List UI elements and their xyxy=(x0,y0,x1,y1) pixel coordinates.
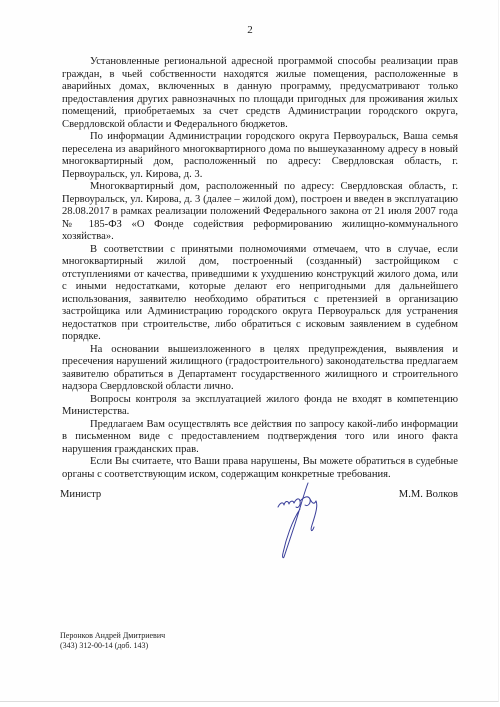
executor-name: Перонков Андрей Дмитриевич xyxy=(60,631,165,641)
executor-phone: (343) 312-00-14 (доб. 143) xyxy=(60,641,165,651)
paragraph-resettlement-info: По информации Администрации городского о… xyxy=(62,131,458,181)
paragraph-housing-inspection: На основании вышеизложенного в целях пре… xyxy=(62,344,458,394)
letter-body: Установленные региональной адресной прог… xyxy=(62,56,458,481)
signatory-title: Министр xyxy=(60,489,101,501)
paragraph-court-appeal: Если Вы считаете, что Ваши права нарушен… xyxy=(62,456,458,481)
signature-block: Министр М.М. Волков xyxy=(60,489,458,559)
document-page: 2 Установленные региональной адресной пр… xyxy=(0,0,499,702)
signatory-name: М.М. Волков xyxy=(399,489,458,501)
paragraph-written-requests: Предлагаем Вам осуществлять все действия… xyxy=(62,419,458,457)
paragraph-defects-claims: В соответствии с принятыми полномочиями … xyxy=(62,244,458,344)
paragraph-competence: Вопросы контроля за эксплуатацией жилого… xyxy=(62,394,458,419)
paragraph-program-methods: Установленные региональной адресной прог… xyxy=(62,56,458,131)
executor-info: Перонков Андрей Дмитриевич (343) 312-00-… xyxy=(60,631,165,651)
page-number: 2 xyxy=(0,24,500,36)
paragraph-building-commissioning: Многоквартирный дом, расположенный по ад… xyxy=(62,181,458,244)
handwritten-signature-icon xyxy=(270,479,350,559)
